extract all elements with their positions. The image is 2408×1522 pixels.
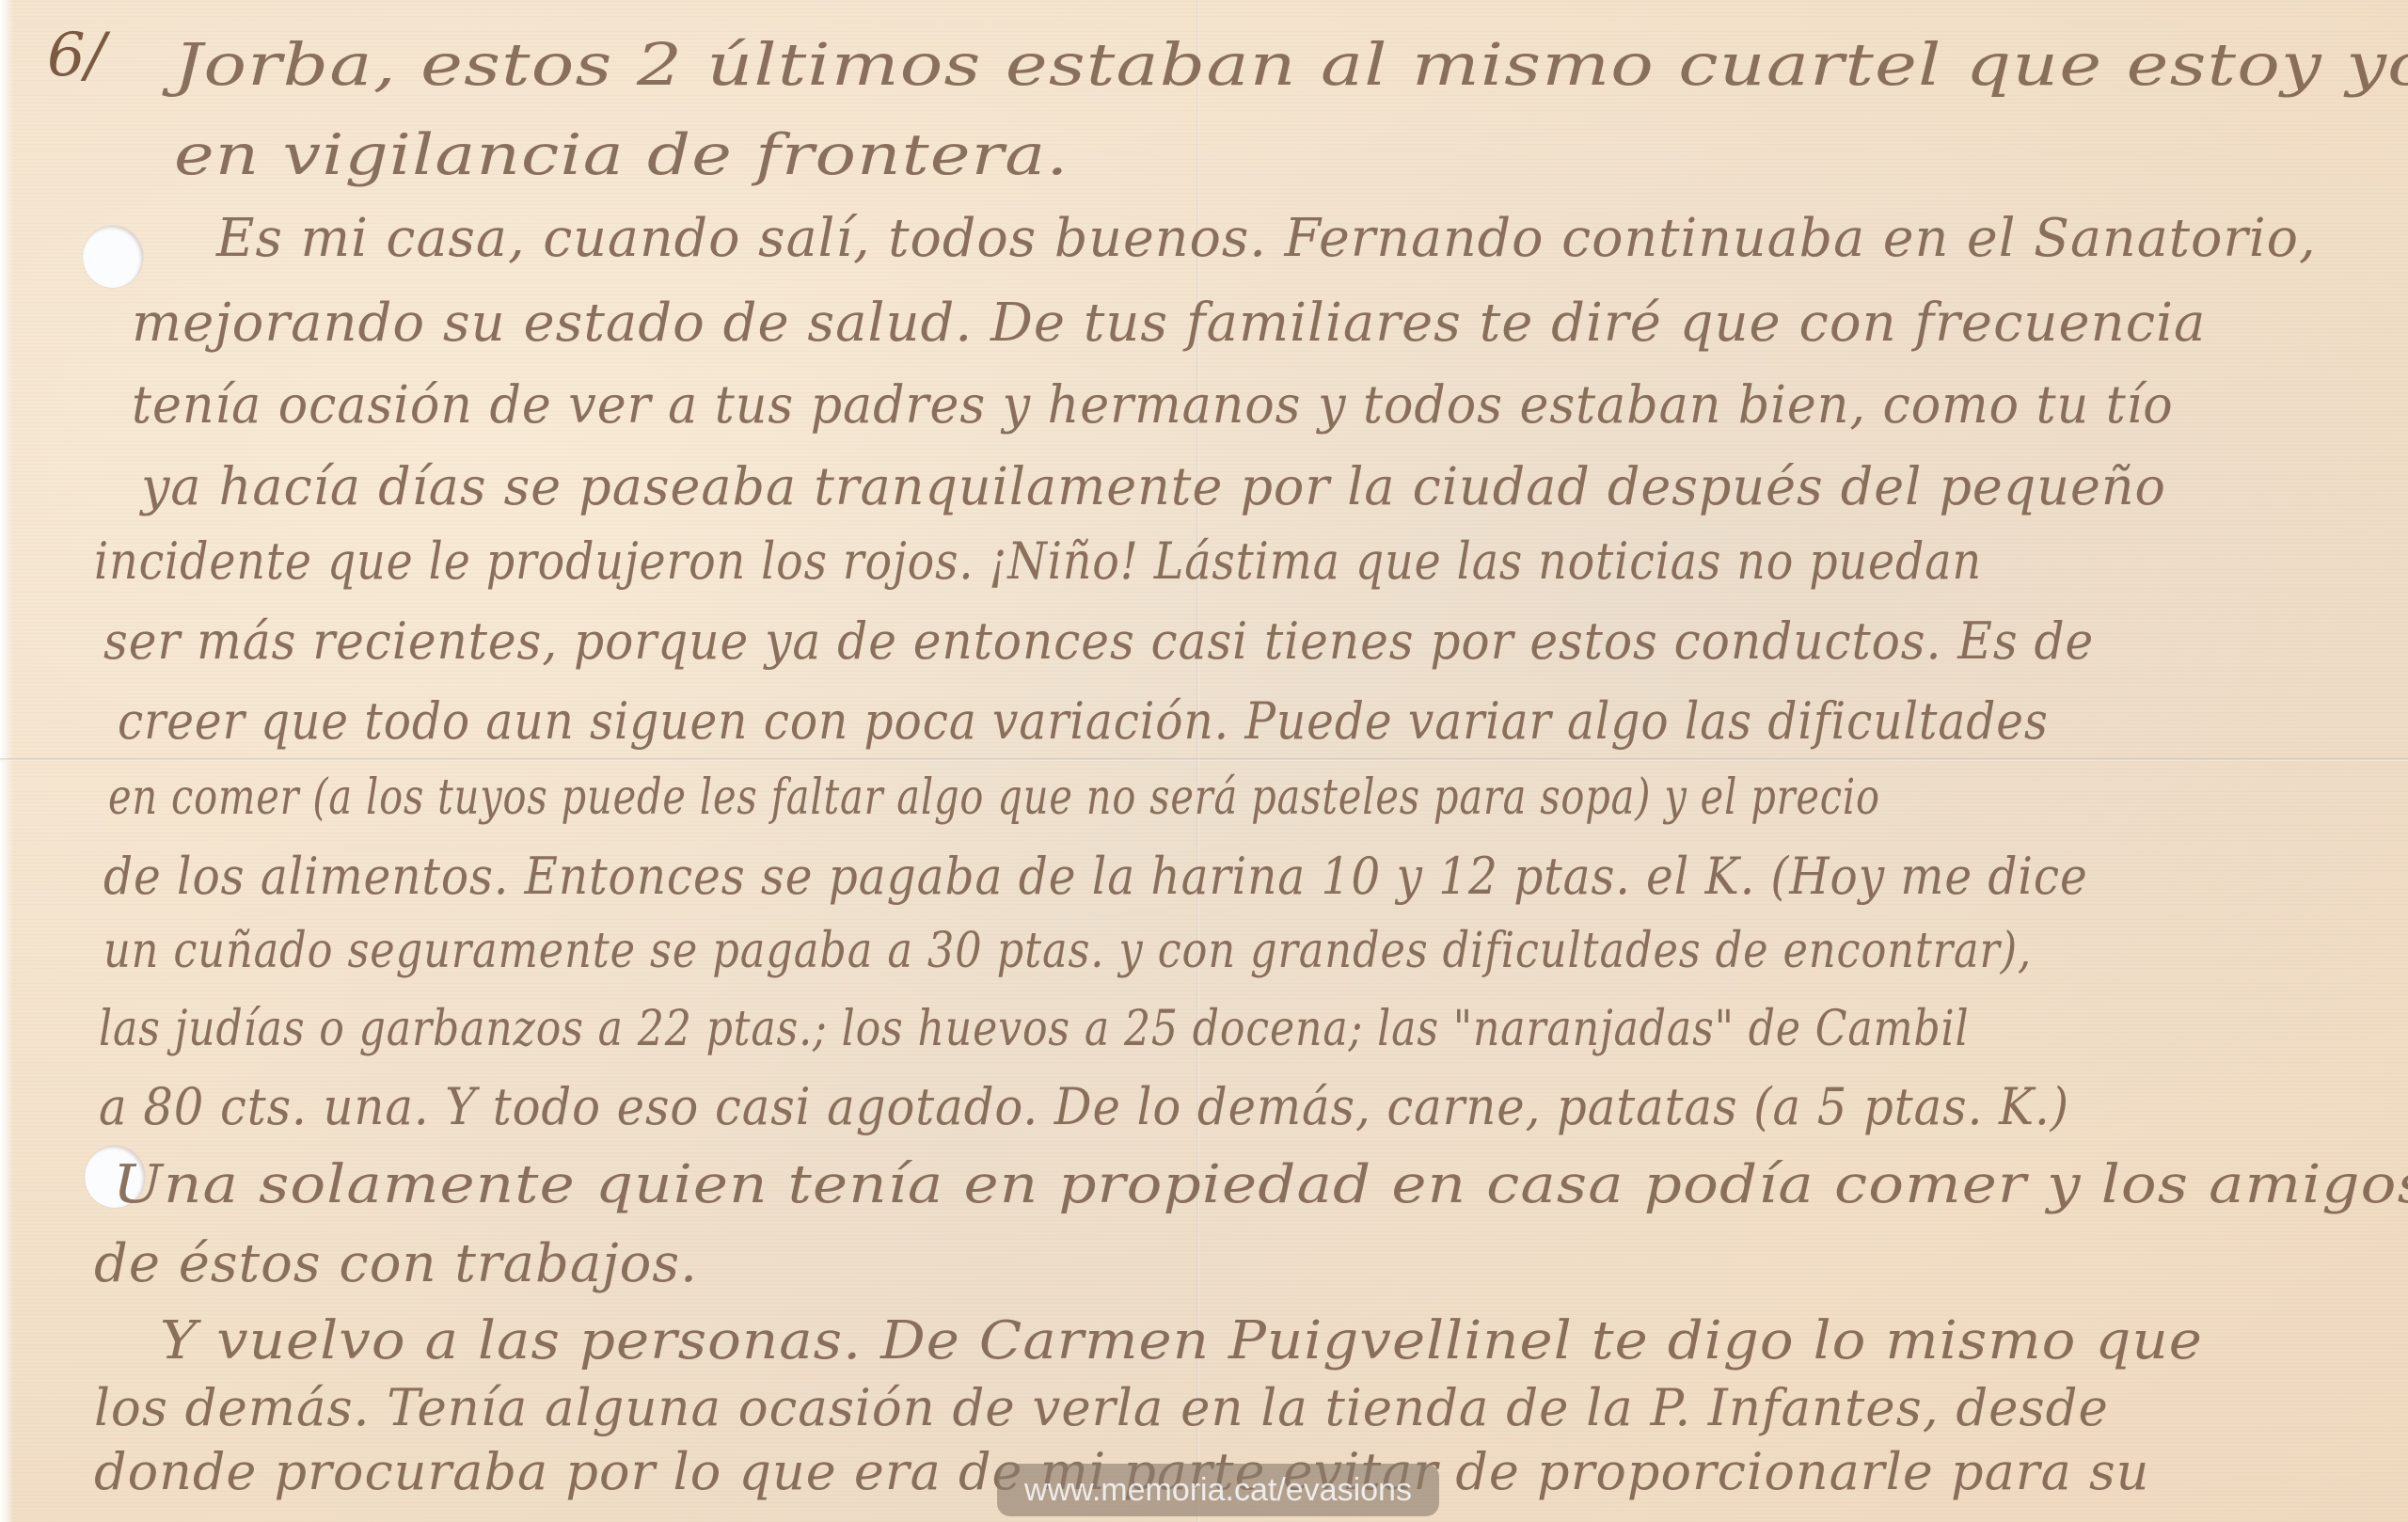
text-line: a 80 cts. una. Y todo eso casi agotado. … — [99, 1082, 2069, 1133]
text-line: mejorando su estado de salud. De tus fam… — [132, 297, 2206, 350]
source-watermark: www.memoria.cat/evasions — [997, 1464, 1439, 1516]
text-line: de éstos con trabajos. — [94, 1238, 698, 1291]
text-line: Jorba, estos 2 últimos estaban al mismo … — [174, 36, 2408, 94]
text-line: ser más recientes, porque ya de entonces… — [103, 616, 2094, 667]
text-line: las judías o garbanzos a 22 ptas.; los h… — [99, 1005, 1970, 1054]
text-line: tenía ocasión de ver a tus padres y herm… — [132, 379, 2174, 431]
letter-page: 6/ Jorba, estos 2 últimos estaban al mis… — [0, 0, 2408, 1522]
text-line: incidente que le produjeron los rojos. ¡… — [94, 536, 1982, 587]
text-line: Y vuelvo a las personas. De Carmen Puigv… — [160, 1315, 2203, 1368]
text-line: Es mi casa, cuando salí, todos buenos. F… — [216, 213, 2317, 265]
text-line: en vigilancia de frontera. — [174, 127, 1069, 183]
text-line: en comer (a los tuyos puede les faltar a… — [108, 773, 1880, 822]
text-line: un cuñado seguramente se pagaba a 30 pta… — [103, 927, 2032, 975]
text-line: ya hacía días se paseaba tranquilamente … — [141, 461, 2166, 513]
handwritten-text-block: Jorba, estos 2 últimos estaban al mismo … — [0, 0, 2408, 1522]
text-line: los demás. Tenía alguna ocasión de verla… — [94, 1383, 2109, 1434]
text-line: Una solamente quien tenía en propiedad e… — [113, 1159, 2408, 1212]
text-line: de los alimentos. Entonces se pagaba de … — [103, 851, 2088, 902]
text-line: creer que todo aun siguen con poca varia… — [118, 696, 2049, 747]
